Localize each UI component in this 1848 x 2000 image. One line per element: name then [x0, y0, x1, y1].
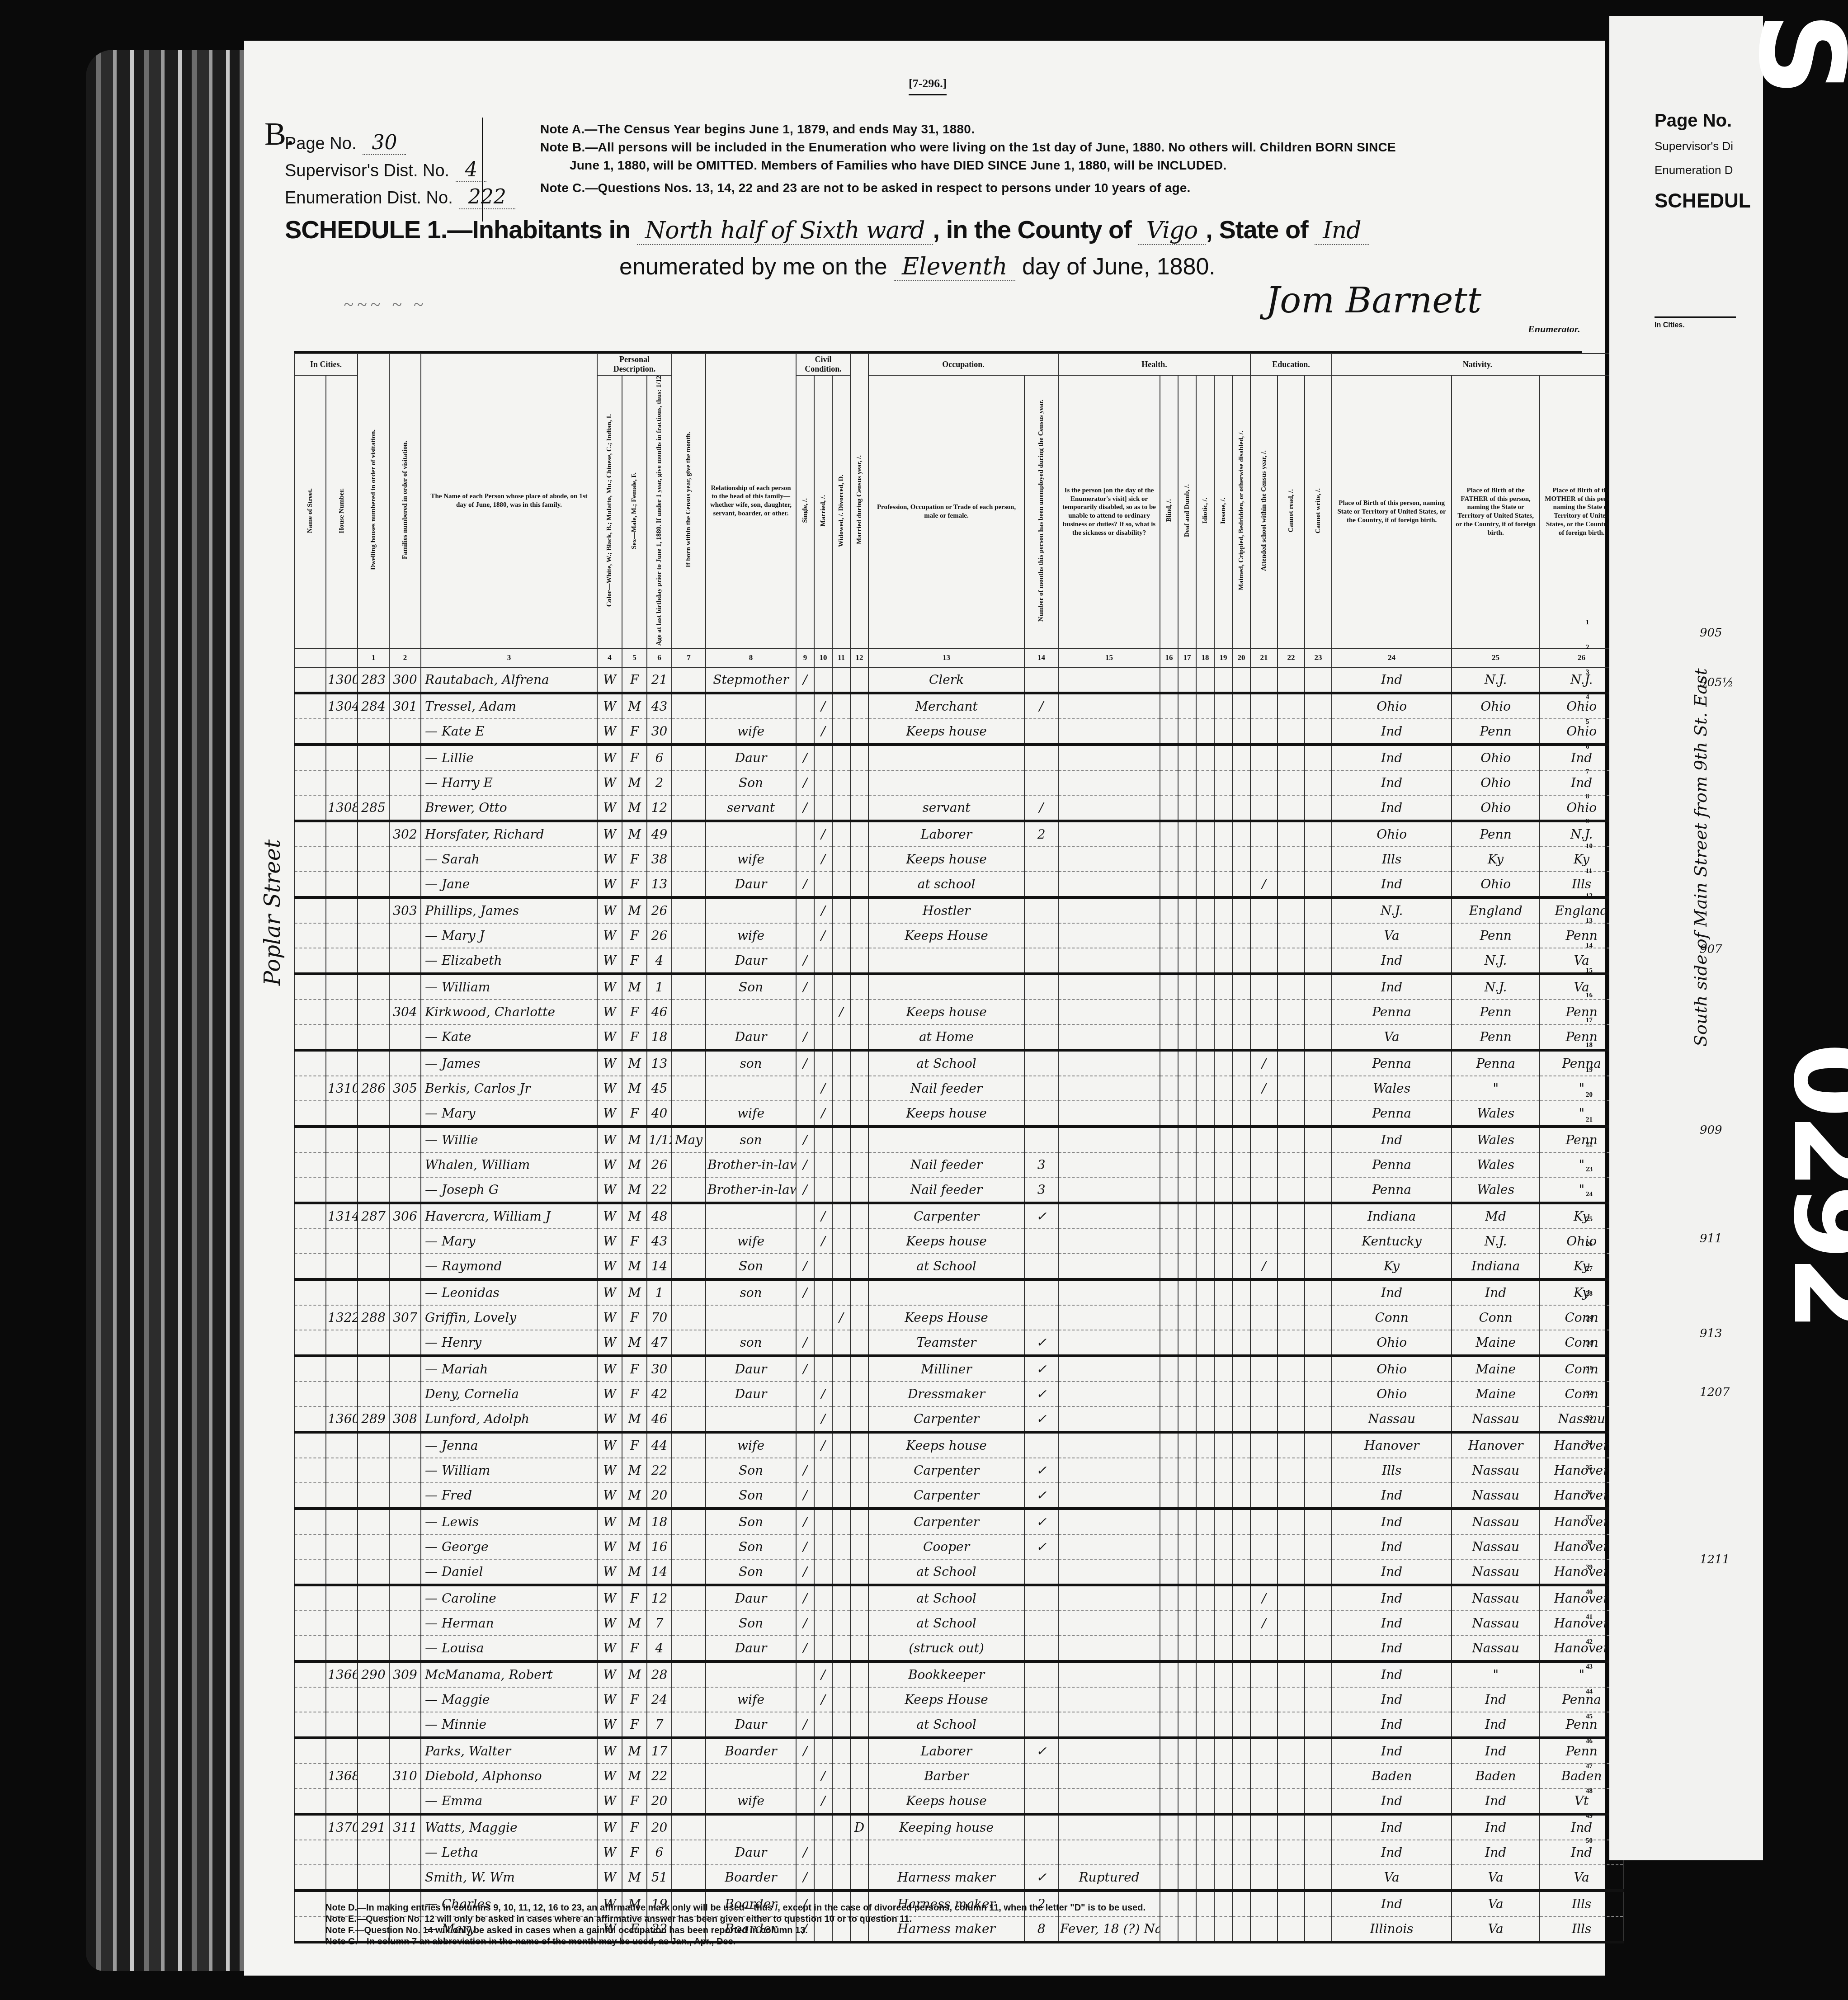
cell-cannot-read: [1278, 1865, 1305, 1891]
cell-deaf: [1178, 795, 1196, 821]
cell-color: W: [597, 847, 622, 872]
line-number: 3: [1586, 660, 1593, 685]
cell-insane: [1214, 1891, 1232, 1916]
cell-house: [326, 1865, 358, 1891]
cell-occupation: at School: [868, 1611, 1024, 1636]
cell-md: [850, 872, 868, 897]
adjacent-house-number: 905: [1700, 626, 1722, 640]
enumeration-district-label: Enumeration Dist. No.: [285, 189, 453, 208]
cell-occupation: Bookkeeper: [868, 1661, 1024, 1687]
col-insane-header: Insane, /.: [1214, 375, 1232, 648]
cell-name: Berkis, Carlos Jr: [421, 1076, 597, 1101]
cell-dwelling: [358, 1611, 389, 1636]
cell-blind: [1160, 1611, 1178, 1636]
cell-name: Smith, W. Wm: [421, 1865, 597, 1891]
cell-dwelling: [358, 1024, 389, 1050]
cell-blind: [1160, 1687, 1178, 1712]
cell-blind: [1160, 1458, 1178, 1483]
cell-color: W: [597, 693, 622, 719]
cell-age: 46: [647, 1406, 672, 1432]
cell-insane: [1214, 1840, 1232, 1865]
adjacent-house-number: 911: [1700, 1232, 1722, 1245]
cell-deaf: [1178, 1738, 1196, 1764]
line-number: 32: [1586, 1381, 1593, 1406]
cell-deaf: [1178, 1585, 1196, 1611]
table-row: — JamesWM13son/at School/PennaPennaPenna: [294, 1050, 1623, 1076]
cell-maimed: [1232, 1229, 1250, 1254]
cell-relation: wife: [706, 1229, 796, 1254]
cell-month: [672, 1509, 706, 1534]
cell-street: [294, 1024, 326, 1050]
cell-married: /: [814, 1203, 832, 1229]
note-a: Note A.—The Census Year begins June 1, 1…: [540, 122, 975, 137]
cell-insane: [1214, 1432, 1232, 1458]
cell-color: W: [597, 1305, 622, 1330]
cell-relation: wife: [706, 1788, 796, 1814]
cell-married: [814, 948, 832, 974]
cell-unemp: ✓: [1024, 1330, 1058, 1356]
table-row: 303Phillips, JamesWM26/HostlerN.J.Englan…: [294, 897, 1623, 923]
cell-cannot-read: [1278, 974, 1305, 1000]
cell-unemp: 2: [1024, 821, 1058, 847]
cell-single: /: [796, 1611, 814, 1636]
cell-age: 13: [647, 1050, 672, 1076]
cell-sex: F: [622, 1382, 647, 1406]
cell-house: [326, 1432, 358, 1458]
cell-house: [326, 1712, 358, 1738]
table-row: — WilliamWM1Son/IndN.J.Va: [294, 974, 1623, 1000]
cell-relation: wife: [706, 1687, 796, 1712]
cell-insane: [1214, 1279, 1232, 1305]
cell-unemp: [1024, 923, 1058, 948]
cell-cannot-write: [1305, 1764, 1332, 1788]
cell-family: [389, 1177, 421, 1203]
cell-married: /: [814, 1229, 832, 1254]
cell-married: /: [814, 693, 832, 719]
cell-family: [389, 1559, 421, 1585]
cell-father: Ind: [1452, 1788, 1540, 1814]
cell-widowed: [832, 770, 850, 795]
cell-widowed: [832, 719, 850, 745]
cell-deaf: [1178, 1534, 1196, 1559]
cell-name: — Jane: [421, 872, 597, 897]
cell-family: [389, 1229, 421, 1254]
cell-single: [796, 1661, 814, 1687]
cell-street: [294, 1279, 326, 1305]
col-sickness-header: Is the person [on the day of the Enumera…: [1058, 375, 1160, 648]
cell-dwelling: [358, 1534, 389, 1559]
cell-md: [850, 1152, 868, 1177]
col-cannot-write-header: Cannot write, /.: [1305, 375, 1332, 648]
cell-dwelling: [358, 1432, 389, 1458]
cell-cannot-write: [1305, 1916, 1332, 1942]
note-b: Note B.—All persons will be included in …: [540, 140, 1396, 155]
cell-maimed: [1232, 847, 1250, 872]
cell-blind: [1160, 1432, 1178, 1458]
cell-insane: [1214, 897, 1232, 923]
cell-age: 26: [647, 923, 672, 948]
cell-sick: [1058, 1330, 1160, 1356]
cell-sick: [1058, 1101, 1160, 1127]
cell-sex: M: [622, 1177, 647, 1203]
cell-widowed: [832, 795, 850, 821]
cell-sick: [1058, 847, 1160, 872]
cell-color: W: [597, 1840, 622, 1865]
cell-maimed: [1232, 1534, 1250, 1559]
colnum-4: 4: [597, 648, 622, 667]
cell-idiotic: [1196, 974, 1214, 1000]
cell-deaf: [1178, 923, 1196, 948]
cell-birth: Penna: [1332, 1101, 1452, 1127]
cell-family: [389, 1254, 421, 1279]
cell-school: [1250, 1712, 1278, 1738]
cell-father: Wales: [1452, 1152, 1540, 1177]
cell-cannot-write: [1305, 1865, 1332, 1891]
cell-cannot-write: [1305, 1050, 1332, 1076]
cell-married: /: [814, 1101, 832, 1127]
cell-month: May: [672, 1127, 706, 1152]
cell-age: 18: [647, 1024, 672, 1050]
cell-dwelling: [358, 1483, 389, 1509]
cell-cannot-write: [1305, 1687, 1332, 1712]
cell-md: [850, 1559, 868, 1585]
cell-family: [389, 923, 421, 948]
cell-relation: Son: [706, 1611, 796, 1636]
cell-cannot-write: [1305, 1611, 1332, 1636]
cell-occupation: at School: [868, 1712, 1024, 1738]
cell-unemp: [1024, 1076, 1058, 1101]
cell-birth: Ohio: [1332, 821, 1452, 847]
cell-sex: F: [622, 1840, 647, 1865]
cell-birth: Ind: [1332, 667, 1452, 693]
cell-unemp: /: [1024, 795, 1058, 821]
cell-sex: M: [622, 1127, 647, 1152]
cell-occupation: Nail feeder: [868, 1177, 1024, 1203]
cell-father: Maine: [1452, 1382, 1540, 1406]
cell-color: W: [597, 1382, 622, 1406]
col-relationship-header: Relationship of each person to the head …: [706, 354, 796, 648]
line-number: 5: [1586, 710, 1593, 735]
cell-age: 22: [647, 1764, 672, 1788]
cell-married: [814, 1127, 832, 1152]
table-row: — WillieWM1/12Mayson/IndWalesPenn: [294, 1127, 1623, 1152]
cell-widowed: [832, 1432, 850, 1458]
cell-birth: Ind: [1332, 1636, 1452, 1661]
cell-cannot-read: [1278, 693, 1305, 719]
cell-sick: [1058, 1152, 1160, 1177]
cell-blind: [1160, 1254, 1178, 1279]
cell-sick: [1058, 1509, 1160, 1534]
cell-md: [850, 1382, 868, 1406]
cell-deaf: [1178, 1636, 1196, 1661]
cell-birth: Ind: [1332, 770, 1452, 795]
cell-widowed: [832, 1764, 850, 1788]
cell-md: [850, 1738, 868, 1764]
cell-dwelling: [358, 1330, 389, 1356]
cell-married: [814, 1000, 832, 1024]
cell-cannot-write: [1305, 1305, 1332, 1330]
cell-md: [850, 1127, 868, 1152]
cell-name: — Emma: [421, 1788, 597, 1814]
cell-relation: Daur: [706, 948, 796, 974]
cell-single: /: [796, 1534, 814, 1559]
cell-md: [850, 1636, 868, 1661]
cell-sex: F: [622, 1712, 647, 1738]
cell-street: [294, 1076, 326, 1101]
enumerator-label: Enumerator.: [1528, 323, 1580, 335]
line-number: 22: [1586, 1132, 1593, 1157]
colnum-13: 13: [868, 648, 1024, 667]
line-number: 33: [1586, 1406, 1593, 1431]
cell-father: England: [1452, 897, 1540, 923]
line-number: 28: [1586, 1282, 1593, 1307]
cell-relation: Son: [706, 1509, 796, 1534]
cell-idiotic: [1196, 745, 1214, 770]
cell-street: [294, 1483, 326, 1509]
note-g: Note G.—In column 7 an abbreviation in t…: [325, 1936, 1146, 1948]
cell-widowed: [832, 1382, 850, 1406]
cell-cannot-read: [1278, 1738, 1305, 1764]
colnum-19: 19: [1214, 648, 1232, 667]
line-number: 6: [1586, 735, 1593, 759]
cell-house: [326, 1152, 358, 1177]
cell-name: — William: [421, 974, 597, 1000]
cell-family: [389, 1127, 421, 1152]
cell-blind: [1160, 1483, 1178, 1509]
col-dwelling-header: Dwelling houses numbered in order of vis…: [358, 354, 389, 648]
cell-dwelling: [358, 872, 389, 897]
cell-cannot-write: [1305, 667, 1332, 693]
cell-idiotic: [1196, 1712, 1214, 1738]
cell-unemp: [1024, 1229, 1058, 1254]
cell-month: [672, 1101, 706, 1127]
cell-cannot-write: [1305, 1203, 1332, 1229]
cell-month: [672, 1611, 706, 1636]
cell-idiotic: [1196, 1661, 1214, 1687]
table-row: 1314287306Havercra, William JWM48/Carpen…: [294, 1203, 1623, 1229]
cell-blind: [1160, 1840, 1178, 1865]
cell-birth: Ind: [1332, 1840, 1452, 1865]
cell-single: /: [796, 872, 814, 897]
col-house-header: House Number.: [326, 375, 358, 648]
cell-birth: Ind: [1332, 974, 1452, 1000]
cell-sick: [1058, 1406, 1160, 1432]
cell-house: [326, 1738, 358, 1764]
cell-sick: [1058, 1559, 1160, 1585]
cell-sick: [1058, 1534, 1160, 1559]
cell-sick: [1058, 821, 1160, 847]
cell-unemp: [1024, 872, 1058, 897]
col-father-birthplace-header: Place of Birth of the FATHER of this per…: [1452, 375, 1540, 648]
faint-scribble: ~~~ ~ ~: [344, 294, 427, 315]
line-number: 7: [1586, 759, 1593, 784]
cell-father: Nassau: [1452, 1559, 1540, 1585]
cell-dwelling: [358, 1458, 389, 1483]
cell-relation: [706, 1076, 796, 1101]
table-row: Parks, WalterWM17Boarder/Laborer✓IndIndP…: [294, 1738, 1623, 1764]
cell-married: [814, 1712, 832, 1738]
cell-relation: son: [706, 1330, 796, 1356]
cell-occupation: Harness maker: [868, 1865, 1024, 1891]
cell-family: [389, 1865, 421, 1891]
cell-maimed: [1232, 1203, 1250, 1229]
cell-sick: [1058, 1203, 1160, 1229]
cell-month: [672, 745, 706, 770]
cell-cannot-read: [1278, 847, 1305, 872]
cell-married: [814, 1509, 832, 1534]
cell-idiotic: [1196, 1534, 1214, 1559]
cell-cannot-write: [1305, 1076, 1332, 1101]
cell-single: [796, 821, 814, 847]
cell-father: Nassau: [1452, 1483, 1540, 1509]
cell-relation: wife: [706, 1101, 796, 1127]
cell-month: [672, 1814, 706, 1840]
cell-sex: M: [622, 795, 647, 821]
cell-relation: son: [706, 1127, 796, 1152]
cell-school: [1250, 1305, 1278, 1330]
cell-occupation: Keeps house: [868, 1432, 1024, 1458]
cell-month: [672, 1203, 706, 1229]
cell-school: [1250, 1152, 1278, 1177]
cell-relation: Daur: [706, 1840, 796, 1865]
cell-school: [1250, 1432, 1278, 1458]
cell-md: [850, 821, 868, 847]
cell-father: ": [1452, 1076, 1540, 1101]
cell-cannot-write: [1305, 847, 1332, 872]
state-label: , State of: [1206, 215, 1308, 244]
cell-insane: [1214, 1585, 1232, 1611]
cell-maimed: [1232, 1559, 1250, 1585]
cell-single: [796, 1076, 814, 1101]
cell-blind: [1160, 1406, 1178, 1432]
cell-relation: Daur: [706, 1382, 796, 1406]
cell-sick: [1058, 1279, 1160, 1305]
line-number: 49: [1586, 1804, 1593, 1829]
cell-father: N.J.: [1452, 948, 1540, 974]
cell-house: [326, 1788, 358, 1814]
cell-insane: [1214, 974, 1232, 1000]
cell-maimed: [1232, 872, 1250, 897]
line-number: 40: [1586, 1580, 1593, 1605]
cell-sick: [1058, 1738, 1160, 1764]
cell-house: 1322: [326, 1305, 358, 1330]
cell-sex: M: [622, 1279, 647, 1305]
cell-married: [814, 1305, 832, 1330]
cell-father: Ind: [1452, 1840, 1540, 1865]
cell-insane: [1214, 821, 1232, 847]
cell-family: 309: [389, 1661, 421, 1687]
cell-dwelling: [358, 1279, 389, 1305]
cell-birth: Ind: [1332, 1585, 1452, 1611]
cell-street: [294, 1152, 326, 1177]
cell-sex: M: [622, 974, 647, 1000]
cell-school: /: [1250, 1050, 1278, 1076]
cell-widowed: [832, 1356, 850, 1382]
cell-dwelling: 290: [358, 1661, 389, 1687]
cell-color: W: [597, 897, 622, 923]
cell-sex: F: [622, 1024, 647, 1050]
cell-color: W: [597, 1661, 622, 1687]
cell-blind: [1160, 1764, 1178, 1788]
cell-color: W: [597, 1254, 622, 1279]
line-number: 42: [1586, 1630, 1593, 1655]
cell-street: [294, 1177, 326, 1203]
cell-idiotic: [1196, 1050, 1214, 1076]
cell-insane: [1214, 1865, 1232, 1891]
cell-md: [850, 719, 868, 745]
cell-sex: M: [622, 1050, 647, 1076]
cell-md: [850, 847, 868, 872]
cell-sick: [1058, 1788, 1160, 1814]
cell-occupation: Keeps House: [868, 1687, 1024, 1712]
cell-deaf: [1178, 1661, 1196, 1687]
form-number: [7-296.]: [909, 77, 947, 95]
cell-age: 22: [647, 1177, 672, 1203]
cell-md: [850, 1712, 868, 1738]
col-widowed-header: Widowed, /. Divorced, D.: [832, 375, 850, 648]
cell-widowed: [832, 1636, 850, 1661]
cell-name: Diebold, Alphonso: [421, 1764, 597, 1788]
cell-dwelling: [358, 719, 389, 745]
cell-sex: F: [622, 847, 647, 872]
cell-relation: [706, 1000, 796, 1024]
cell-month: [672, 1279, 706, 1305]
cell-single: [796, 1687, 814, 1712]
cell-name: Brewer, Otto: [421, 795, 597, 821]
page-no-label: Page No.: [285, 134, 356, 153]
cell-age: 44: [647, 1432, 672, 1458]
cell-color: W: [597, 1534, 622, 1559]
cell-cannot-write: [1305, 1279, 1332, 1305]
table-row: — HenryWM47son/Teamster✓OhioMaineConn: [294, 1330, 1623, 1356]
cell-insane: [1214, 1611, 1232, 1636]
enumeration-district-value: 222: [459, 185, 515, 209]
cell-school: [1250, 1406, 1278, 1432]
cell-idiotic: [1196, 821, 1214, 847]
cell-sex: M: [622, 693, 647, 719]
cell-color: W: [597, 1559, 622, 1585]
cell-occupation: at School: [868, 1585, 1024, 1611]
cell-md: [850, 1024, 868, 1050]
colnum-street: [294, 648, 326, 667]
cell-sick: [1058, 1764, 1160, 1788]
cell-school: [1250, 1177, 1278, 1203]
cell-dwelling: [358, 770, 389, 795]
line-number: 44: [1586, 1679, 1593, 1704]
cell-idiotic: [1196, 1840, 1214, 1865]
cell-month: [672, 693, 706, 719]
cell-relation: [706, 897, 796, 923]
cell-street: [294, 1788, 326, 1814]
table-row: — JennaWF44wife/Keeps houseHanoverHanove…: [294, 1432, 1623, 1458]
cell-cannot-write: [1305, 948, 1332, 974]
cell-occupation: Keeps House: [868, 923, 1024, 948]
cell-father: Nassau: [1452, 1534, 1540, 1559]
cell-family: [389, 1356, 421, 1382]
cell-maimed: [1232, 1101, 1250, 1127]
cell-school: [1250, 847, 1278, 872]
cell-single: /: [796, 1559, 814, 1585]
cell-widowed: [832, 821, 850, 847]
group-education: Education.: [1250, 354, 1332, 375]
cell-street: [294, 1611, 326, 1636]
cell-insane: [1214, 1687, 1232, 1712]
cell-maimed: [1232, 1865, 1250, 1891]
cell-birth: Penna: [1332, 1050, 1452, 1076]
line-number: 30: [1586, 1331, 1593, 1356]
cell-month: [672, 1636, 706, 1661]
cell-maimed: [1232, 974, 1250, 1000]
